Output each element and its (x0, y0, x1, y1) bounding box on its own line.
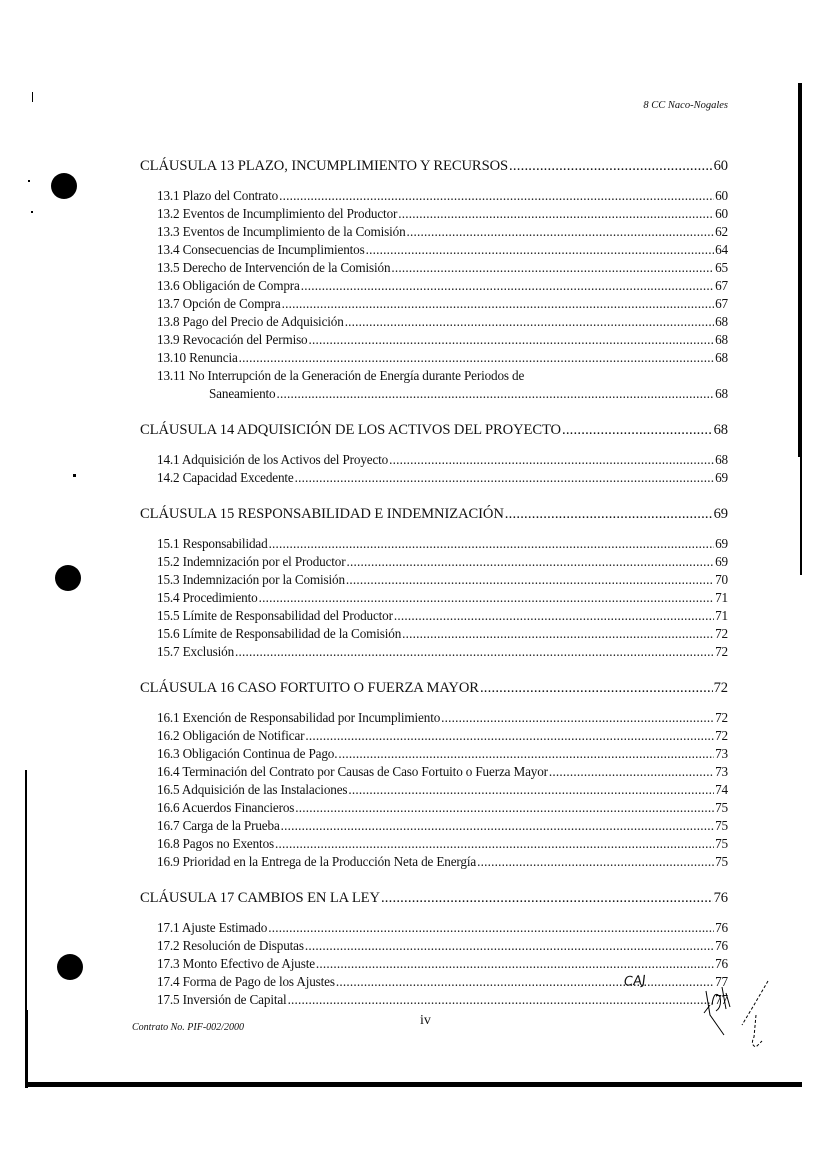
entry-page: 72 (715, 644, 728, 660)
punch-hole-1 (51, 173, 77, 199)
entry-label: 15.3 Indemnización por la Comisión (157, 572, 345, 588)
toc-section-heading[interactable]: CLÁUSULA 16 CASO FORTUITO O FUERZA MAYOR… (140, 680, 728, 702)
entry-label: 16.3 Obligación Continua de Pago. (157, 746, 337, 762)
entry-page: 69 (715, 554, 728, 570)
section-page: 69 (714, 506, 728, 523)
toc-entry[interactable]: 13.3 Eventos de Incumplimiento de la Com… (140, 224, 728, 242)
entry-page: 68 (715, 386, 728, 402)
toc-entry[interactable]: 16.8 Pagos no Exentos75 (140, 836, 728, 854)
entry-label: 13.1 Plazo del Contrato (157, 188, 278, 204)
dot-leader (346, 572, 714, 588)
toc-entry[interactable]: 15.6 Límite de Responsabilidad de la Com… (140, 626, 728, 644)
entry-label: 16.9 Prioridad en la Entrega de la Produ… (157, 854, 476, 870)
section-title: CLÁUSULA 17 CAMBIOS EN LA LEY (140, 890, 380, 907)
scan-speck (31, 211, 33, 213)
entry-label: 14.1 Adquisición de los Activos del Proy… (157, 452, 388, 468)
dot-leader (509, 158, 713, 175)
entry-label-line2: Saneamiento (209, 386, 275, 402)
dot-leader (309, 332, 715, 348)
toc-entry-wrapped[interactable]: 13.11 No Interrupción de la Generación d… (140, 368, 728, 404)
dot-leader (402, 626, 714, 642)
dot-leader (239, 350, 714, 366)
dot-leader (338, 746, 714, 762)
entry-page: 65 (715, 260, 728, 276)
dot-leader (345, 314, 714, 330)
entry-page: 68 (715, 332, 728, 348)
dot-leader (391, 260, 714, 276)
toc-section-heading[interactable]: CLÁUSULA 17 CAMBIOS EN LA LEY76 (140, 890, 728, 912)
entry-label-line1: 13.11 No Interrupción de la Generación d… (157, 368, 728, 386)
toc-section-heading[interactable]: CLÁUSULA 14 ADQUISICIÓN DE LOS ACTIVOS D… (140, 422, 728, 444)
toc-entry[interactable]: 17.2 Resolución de Disputas76 (140, 938, 728, 956)
table-of-contents: CLÁUSULA 13 PLAZO, INCUMPLIMIENTO Y RECU… (140, 158, 728, 1010)
entry-page: 74 (715, 782, 728, 798)
dot-leader (394, 608, 714, 624)
toc-entry[interactable]: 15.3 Indemnización por la Comisión70 (140, 572, 728, 590)
toc-entry[interactable]: 13.9 Revocación del Permiso68 (140, 332, 728, 350)
entry-label: 16.6 Acuerdos Financieros (157, 800, 294, 816)
entry-page: 67 (715, 296, 728, 312)
dot-leader (398, 206, 714, 222)
entry-label: 17.4 Forma de Pago de los Ajustes (157, 974, 335, 990)
entry-label: 13.8 Pago del Precio de Adquisición (157, 314, 344, 330)
entry-label: 13.4 Consecuencias de Incumplimientos (157, 242, 365, 258)
entry-page: 71 (715, 608, 728, 624)
entry-page: 76 (715, 938, 728, 954)
toc-entry[interactable]: 15.2 Indemnización por el Productor69 (140, 554, 728, 572)
entry-label: 16.8 Pagos no Exentos (157, 836, 274, 852)
entry-page: 68 (715, 350, 728, 366)
entry-page: 76 (715, 920, 728, 936)
dot-leader (305, 938, 714, 954)
entry-page: 68 (715, 452, 728, 468)
dot-leader (336, 974, 714, 990)
dot-leader (301, 278, 714, 294)
dot-leader (346, 554, 714, 570)
entry-label: 17.1 Ajuste Estimado (157, 920, 267, 936)
toc-entry[interactable]: 16.2 Obligación de Notificar72 (140, 728, 728, 746)
entry-page: 60 (715, 188, 728, 204)
entry-label: 15.6 Límite de Responsabilidad de la Com… (157, 626, 401, 642)
entry-label: 16.1 Exención de Responsabilidad por Inc… (157, 710, 440, 726)
entry-page: 64 (715, 242, 728, 258)
toc-entry[interactable]: 17.1 Ajuste Estimado76 (140, 920, 728, 938)
entry-label: 13.10 Renuncia (157, 350, 238, 366)
toc-entry[interactable]: 13.5 Derecho de Intervención de la Comis… (140, 260, 728, 278)
dot-leader (295, 800, 714, 816)
scan-speck (32, 92, 33, 102)
toc-section-heading[interactable]: CLÁUSULA 13 PLAZO, INCUMPLIMIENTO Y RECU… (140, 158, 728, 180)
entry-label: 17.5 Inversión de Capital (157, 992, 287, 1008)
section-title: CLÁUSULA 15 RESPONSABILIDAD E INDEMNIZAC… (140, 506, 504, 523)
toc-entry[interactable]: 16.3 Obligación Continua de Pago.73 (140, 746, 728, 764)
section-page: 76 (714, 890, 728, 907)
entry-label: 13.2 Eventos de Incumplimiento del Produ… (157, 206, 397, 222)
entry-label: 16.7 Carga de la Prueba (157, 818, 280, 834)
entry-page: 72 (715, 710, 728, 726)
dot-leader (562, 422, 713, 439)
toc-entry[interactable]: 16.7 Carga de la Prueba75 (140, 818, 728, 836)
section-title: CLÁUSULA 14 ADQUISICIÓN DE LOS ACTIVOS D… (140, 422, 561, 439)
entry-label: 13.5 Derecho de Intervención de la Comis… (157, 260, 390, 276)
scan-border-bottom (25, 1082, 802, 1087)
toc-entry[interactable]: 15.1 Responsabilidad69 (140, 536, 728, 554)
entry-label: 15.7 Exclusión (157, 644, 234, 660)
toc-entry[interactable]: 17.3 Monto Efectivo de Ajuste76 (140, 956, 728, 974)
dot-leader (279, 188, 714, 204)
entry-label: 14.2 Capacidad Excedente (157, 470, 294, 486)
section-title: CLÁUSULA 13 PLAZO, INCUMPLIMIENTO Y RECU… (140, 158, 508, 175)
document-reference: 8 CC Naco-Nogales (643, 100, 728, 111)
punch-hole-2 (55, 565, 81, 591)
entry-page: 75 (715, 836, 728, 852)
contract-number: Contrato No. PIF-002/2000 (132, 1022, 244, 1033)
entry-label: 13.7 Opción de Compra (157, 296, 281, 312)
dot-leader (268, 920, 714, 936)
dot-leader (316, 956, 714, 972)
toc-entry[interactable]: 15.4 Procedimiento71 (140, 590, 728, 608)
dot-leader (288, 992, 715, 1008)
toc-entry[interactable]: 16.4 Terminación del Contrato por Causas… (140, 764, 728, 782)
entry-page: 73 (715, 764, 728, 780)
dot-leader (295, 470, 714, 486)
scan-border-right-lower (800, 457, 802, 575)
section-page: 72 (714, 680, 728, 697)
toc-entry[interactable]: 15.5 Límite de Responsabilidad del Produ… (140, 608, 728, 626)
dot-leader (407, 224, 715, 240)
entry-label: 17.3 Monto Efectivo de Ajuste (157, 956, 315, 972)
toc-entry[interactable]: 13.10 Renuncia68 (140, 350, 728, 368)
entry-label-line2-row: Saneamiento68 (157, 386, 728, 404)
entry-label: 15.5 Límite de Responsabilidad del Produ… (157, 608, 393, 624)
entry-label: 16.4 Terminación del Contrato por Causas… (157, 764, 548, 780)
entry-page: 67 (715, 278, 728, 294)
dot-leader (281, 818, 714, 834)
dot-leader (441, 710, 714, 726)
dot-leader (276, 386, 714, 402)
dot-leader (275, 836, 714, 852)
entry-page: 73 (715, 746, 728, 762)
toc-entry[interactable]: 13.4 Consecuencias de Incumplimientos64 (140, 242, 728, 260)
entry-page: 72 (715, 728, 728, 744)
entry-page: 62 (715, 224, 728, 240)
entry-page: 72 (715, 626, 728, 642)
toc-entry[interactable]: 16.5 Adquisición de las Instalaciones74 (140, 782, 728, 800)
dot-leader (389, 452, 714, 468)
toc-entry[interactable]: 16.9 Prioridad en la Entrega de la Produ… (140, 854, 728, 872)
dot-leader (305, 728, 714, 744)
scan-border-left-lower (25, 1010, 28, 1088)
entry-page: 76 (715, 956, 728, 972)
toc-entry[interactable]: 13.1 Plazo del Contrato60 (140, 188, 728, 206)
toc-entry[interactable]: 16.6 Acuerdos Financieros75 (140, 800, 728, 818)
entry-label: 13.6 Obligación de Compra (157, 278, 300, 294)
entry-page: 60 (715, 206, 728, 222)
handwritten-initials: CAJ (624, 973, 647, 989)
scan-speck (73, 474, 76, 477)
entry-page: 75 (715, 818, 728, 834)
entry-page: 69 (715, 470, 728, 486)
entry-page: 70 (715, 572, 728, 588)
punch-hole-3 (57, 954, 83, 980)
dot-leader (505, 506, 713, 523)
page-number: iv (420, 1013, 431, 1029)
dot-leader (366, 242, 715, 258)
entry-label: 15.1 Responsabilidad (157, 536, 268, 552)
entry-label: 16.5 Adquisición de las Instalaciones (157, 782, 347, 798)
entry-page: 75 (715, 800, 728, 816)
toc-entry[interactable]: 15.7 Exclusión72 (140, 644, 728, 662)
toc-entry[interactable]: 13.8 Pago del Precio de Adquisición68 (140, 314, 728, 332)
entry-label: 15.2 Indemnización por el Productor (157, 554, 345, 570)
section-page: 68 (714, 422, 728, 439)
entry-label: 16.2 Obligación de Notificar (157, 728, 304, 744)
dot-leader (381, 890, 713, 907)
dot-leader (235, 644, 714, 660)
dot-leader (348, 782, 714, 798)
entry-page: 69 (715, 536, 728, 552)
toc-entry[interactable]: 17.5 Inversión de Capital77 (140, 992, 728, 1010)
entry-page: 71 (715, 590, 728, 606)
dot-leader (259, 590, 715, 606)
toc-entry[interactable]: 16.1 Exención de Responsabilidad por Inc… (140, 710, 728, 728)
dot-leader (477, 854, 714, 870)
toc-entry[interactable]: 13.7 Opción de Compra67 (140, 296, 728, 314)
toc-entry[interactable]: 13.6 Obligación de Compra67 (140, 278, 728, 296)
entry-label: 13.9 Revocación del Permiso (157, 332, 308, 348)
entry-label: 13.3 Eventos de Incumplimiento de la Com… (157, 224, 406, 240)
toc-entry[interactable]: 14.1 Adquisición de los Activos del Proy… (140, 452, 728, 470)
entry-label: 15.4 Procedimiento (157, 590, 258, 606)
dot-leader (282, 296, 715, 312)
section-title: CLÁUSULA 16 CASO FORTUITO O FUERZA MAYOR (140, 680, 479, 697)
signature-icon (700, 975, 780, 1055)
toc-entry[interactable]: 13.2 Eventos de Incumplimiento del Produ… (140, 206, 728, 224)
toc-section-heading[interactable]: CLÁUSULA 15 RESPONSABILIDAD E INDEMNIZAC… (140, 506, 728, 528)
scan-border-right (798, 83, 802, 457)
entry-page: 68 (715, 314, 728, 330)
scan-speck (28, 180, 30, 182)
dot-leader (269, 536, 715, 552)
dot-leader (480, 680, 713, 697)
toc-entry[interactable]: 14.2 Capacidad Excedente69 (140, 470, 728, 488)
section-page: 60 (714, 158, 728, 175)
dot-leader (549, 764, 714, 780)
entry-label: 17.2 Resolución de Disputas (157, 938, 304, 954)
entry-page: 75 (715, 854, 728, 870)
